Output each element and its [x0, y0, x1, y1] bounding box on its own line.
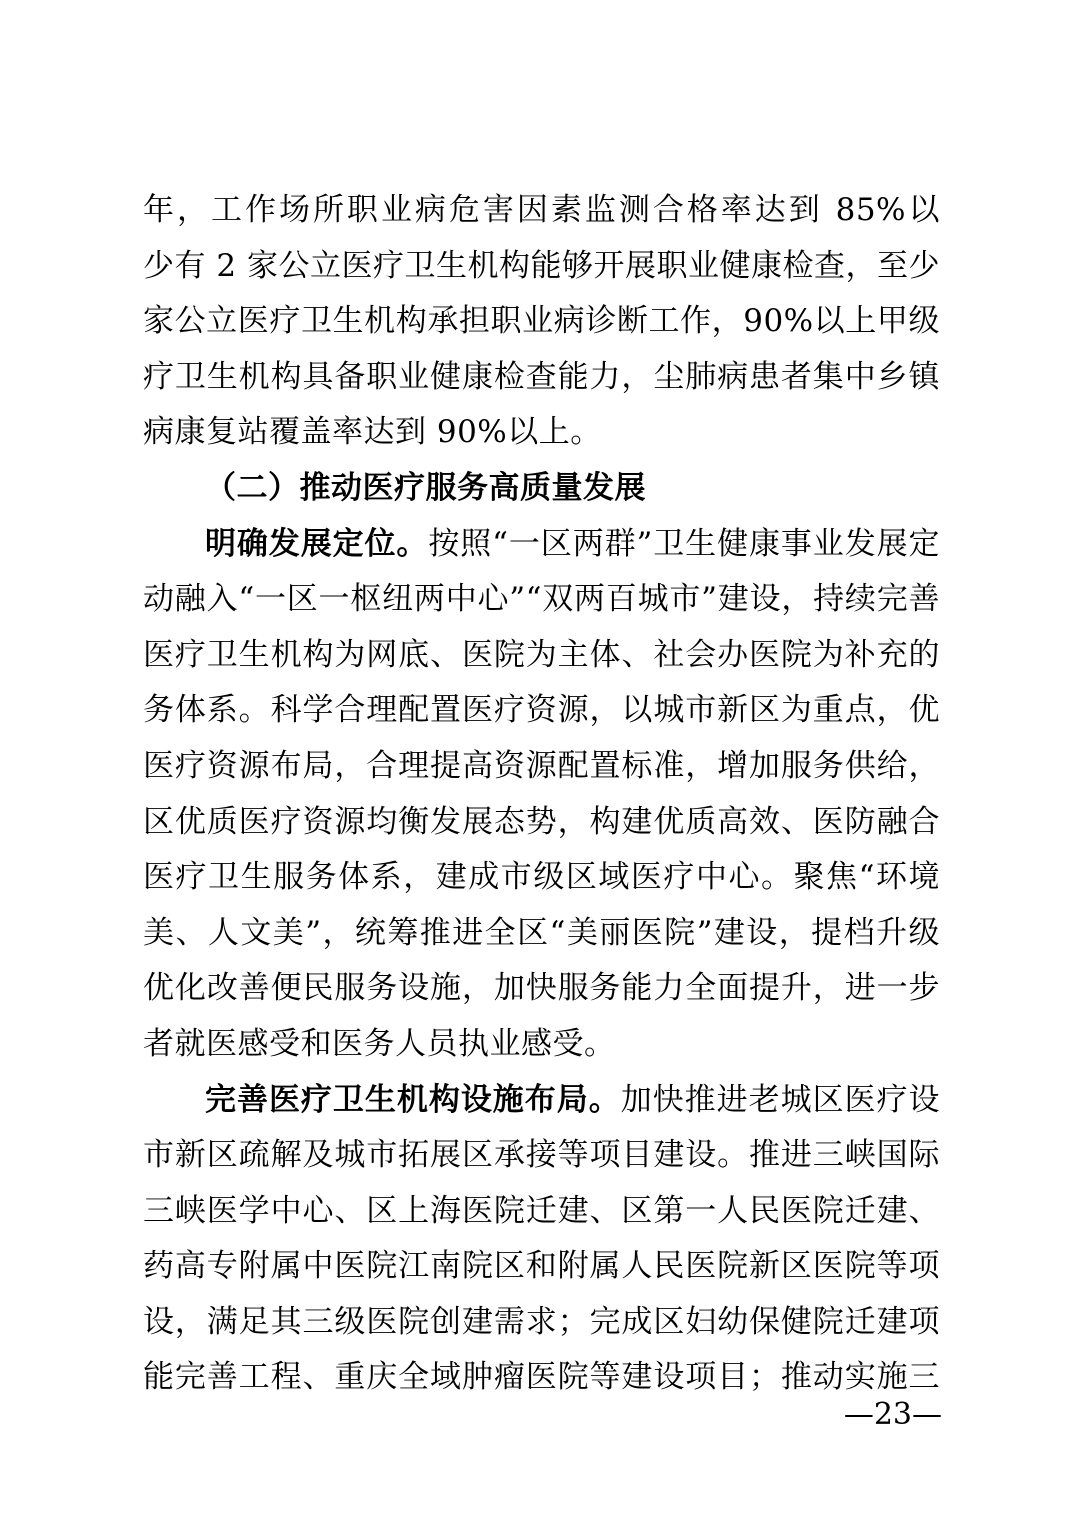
text-line: 年，工作场所职业病危害因素监测合格率达到 85%以上，全区至 [143, 183, 940, 239]
text-line: 少有 2 家公立医疗卫生机构能够开展职业健康检查，至少确定 1 [143, 239, 940, 295]
body-text: 能完善工程、重庆全域肿瘤医院等建设项目；推动实施三峡恒合 [143, 1359, 940, 1406]
body-text: 务体系。科学合理配置医疗资源，以城市新区为重点，优化城区 [143, 692, 940, 739]
page-number: —23— [844, 1398, 942, 1432]
body-text: 病康复站覆盖率达到 90%以上。 [143, 414, 602, 450]
text-line: 完善医疗卫生机构设施布局。加快推进老城区医疗设施向城 [143, 1073, 940, 1129]
body-text: 医疗卫生服务体系，建成市级区域医疗中心。聚焦“环境美、服务 [143, 859, 940, 906]
document-page: 年，工作场所职业病危害因素监测合格率达到 85%以上，全区至少有 2 家公立医疗… [0, 0, 1074, 1520]
bold-lead-text: （二）推动医疗服务高质量发展 [205, 470, 646, 506]
text-line: 医疗资源布局，合理提高资源配置标准，增加服务供给，形成城 [143, 739, 940, 795]
body-text: 家公立医疗卫生机构承担职业病诊断工作，90%以上甲级基层医 [143, 303, 940, 350]
text-line: 者就医感受和医务人员执业感受。 [143, 1017, 940, 1073]
body-text: 医疗卫生机构为网底、医院为主体、社会办医院为补充的医疗服 [143, 637, 940, 684]
text-line: 医疗卫生服务体系，建成市级区域医疗中心。聚焦“环境美、服务 [143, 850, 940, 906]
document-body: 年，工作场所职业病危害因素监测合格率达到 85%以上，全区至少有 2 家公立医疗… [143, 183, 940, 1406]
text-line: 优化改善便民服务设施，加快服务能力全面提升，进一步提升患 [143, 961, 940, 1017]
text-line: 区优质医疗资源均衡发展态势，构建优质高效、医防融合的新型 [143, 795, 940, 851]
body-text: 区优质医疗资源均衡发展态势，构建优质高效、医防融合的新型 [143, 804, 940, 851]
body-text: 医疗资源布局，合理提高资源配置标准，增加服务供给，形成城 [143, 748, 940, 795]
body-text: 者就医感受和医务人员执业感受。 [143, 1026, 616, 1062]
body-text: 美、人文美”，统筹推进全区“美丽医院”建设，提档升级就医环境， [143, 915, 940, 962]
bold-lead-text: 完善医疗卫生机构设施布局。 [205, 1082, 621, 1118]
body-text: 三峡医学中心、区上海医院迁建、区第一人民医院迁建、三峡医 [143, 1193, 940, 1240]
section-heading: （二）推动医疗服务高质量发展 [143, 461, 940, 517]
text-line: 务体系。科学合理配置医疗资源，以城市新区为重点，优化城区 [143, 683, 940, 739]
text-line: 医疗卫生机构为网底、医院为主体、社会办医院为补充的医疗服 [143, 628, 940, 684]
text-line: 三峡医学中心、区上海医院迁建、区第一人民医院迁建、三峡医 [143, 1184, 940, 1240]
text-line: 美、人文美”，统筹推进全区“美丽医院”建设，提档升级就医环境， [143, 906, 940, 962]
body-text: 动融入“一区一枢纽两中心”“双两百城市”建设，持续完善以基层 [143, 581, 940, 628]
text-line: 市新区疏解及城市拓展区承接等项目建设。推进三峡国际健康城 [143, 1128, 940, 1184]
text-line: 动融入“一区一枢纽两中心”“双两百城市”建设，持续完善以基层 [143, 572, 940, 628]
text-line: 药高专附属中医院江南院区和附属人民医院新区医院等项目建 [143, 1239, 940, 1295]
text-line: 能完善工程、重庆全域肿瘤医院等建设项目；推动实施三峡恒合 [143, 1350, 940, 1406]
text-line: 设，满足其三级医院创建需求；完成区妇幼保健院迁建项目及功 [143, 1295, 940, 1351]
body-text: 设，满足其三级医院创建需求；完成区妇幼保健院迁建项目及功 [143, 1304, 940, 1351]
text-line: 疗卫生机构具备职业健康检查能力，尘肺病患者集中乡镇的尘肺 [143, 350, 940, 406]
body-text: 疗卫生机构具备职业健康检查能力，尘肺病患者集中乡镇的尘肺 [143, 359, 940, 406]
bold-lead-text: 明确发展定位。 [205, 526, 428, 562]
text-line: 明确发展定位。按照“一区两群”卫生健康事业发展定位，主 [143, 517, 940, 573]
text-line: 家公立医疗卫生机构承担职业病诊断工作，90%以上甲级基层医 [143, 294, 940, 350]
body-text: 少有 2 家公立医疗卫生机构能够开展职业健康检查，至少确定 1 [143, 248, 940, 295]
body-text: 药高专附属中医院江南院区和附属人民医院新区医院等项目建 [143, 1248, 940, 1295]
text-line: 病康复站覆盖率达到 90%以上。 [143, 405, 940, 461]
body-text: 年，工作场所职业病危害因素监测合格率达到 85%以上，全区至 [143, 192, 940, 239]
body-text: 市新区疏解及城市拓展区承接等项目建设。推进三峡国际健康城 [143, 1137, 940, 1184]
body-text: 优化改善便民服务设施，加快服务能力全面提升，进一步提升患 [143, 970, 940, 1017]
